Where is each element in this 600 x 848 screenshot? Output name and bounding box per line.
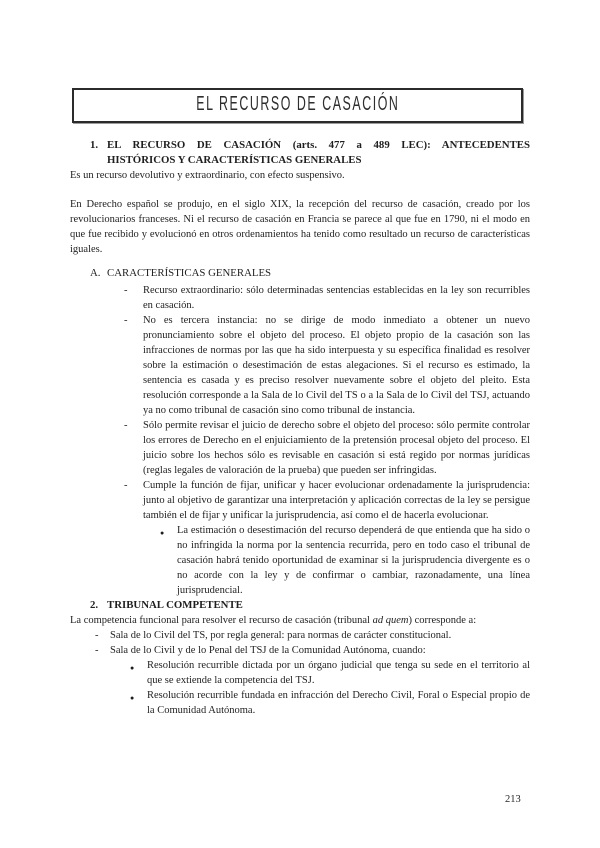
bullet-marker: ● [130, 661, 134, 676]
list-item-text: Resolución recurrible fundada en infracc… [147, 690, 530, 716]
list-item: - No es tercera instancia: no se dirige … [122, 313, 530, 418]
section-1-heading-text: EL RECURSO DE CASACIÓN (arts. 477 a 489 … [107, 138, 530, 168]
competence-text-before: La competencia funcional para resolver e… [70, 615, 373, 626]
page-number: 213 [505, 794, 521, 805]
list-item: ● Resolución recurrible fundada en infra… [130, 688, 530, 718]
list-item-text: Recurso extraordinario: sólo determinada… [143, 285, 530, 311]
bullet-marker: ● [160, 526, 164, 541]
document-title: EL RECURSO DE CASACIÓN [196, 94, 399, 115]
competence-paragraph: La competencia funcional para resolver e… [70, 613, 530, 628]
list-item: - Sala de lo Civil del TS, por regla gen… [93, 628, 530, 643]
list-item-text: Cumple la función de fijar, unificar y h… [143, 480, 530, 521]
dash-marker: - [95, 628, 99, 643]
section-a-label: A. [90, 266, 107, 281]
list-item: - Cumple la función de fijar, unificar y… [122, 478, 530, 523]
list-item-text: La estimación o desestimación del recurs… [177, 525, 530, 596]
history-paragraph: En Derecho español se produjo, en el sig… [70, 197, 530, 257]
dash-marker: - [95, 643, 99, 658]
section-1-heading-line2: HISTÓRICOS Y CARACTERÍSTICAS GENERALES [107, 153, 530, 168]
list-item-text: No es tercera instancia: no se dirige de… [143, 315, 530, 416]
section-1-heading: 1. EL RECURSO DE CASACIÓN (arts. 477 a 4… [70, 138, 530, 168]
characteristics-list: - Recurso extraordinario: sólo determina… [122, 283, 530, 523]
title-box: EL RECURSO DE CASACIÓN [72, 88, 523, 123]
intro-paragraph: Es un recurso devolutivo y extraordinari… [70, 168, 530, 183]
list-item: ● Resolución recurrible dictada por un ó… [130, 658, 530, 688]
list-item-text: Sólo permite revisar el juicio de derech… [143, 420, 530, 476]
list-item-text: Sala de lo Civil del TS, por regla gener… [110, 630, 451, 641]
dash-marker: - [124, 418, 128, 433]
list-item: - Sala de lo Civil y de lo Penal del TSJ… [93, 643, 530, 658]
document-page: EL RECURSO DE CASACIÓN 1. EL RECURSO DE … [0, 0, 600, 848]
competence-text-italic: ad quem [373, 615, 409, 626]
section-2-heading: 2. TRIBUNAL COMPETENTE [70, 598, 530, 613]
section-2-heading-text: TRIBUNAL COMPETENTE [107, 598, 243, 613]
competence-dash-list: - Sala de lo Civil del TS, por regla gen… [93, 628, 530, 658]
dash-marker: - [124, 283, 128, 298]
competence-bullet-list: ● Resolución recurrible dictada por un ó… [130, 658, 530, 718]
section-1-number: 1. [90, 138, 107, 168]
list-item: - Sólo permite revisar el juicio de dere… [122, 418, 530, 478]
bullet-marker: ● [130, 691, 134, 706]
section-a-heading: A. CARACTERÍSTICAS GENERALES [70, 266, 530, 281]
dash-marker: - [124, 313, 128, 328]
dash-marker: - [124, 478, 128, 493]
list-item: ● La estimación o desestimación del recu… [160, 523, 530, 598]
section-1-heading-line1: EL RECURSO DE CASACIÓN (arts. 477 a 489 … [107, 138, 530, 153]
competence-text-after: ) corresponde a: [408, 615, 476, 626]
list-item-text: Sala de lo Civil y de lo Penal del TSJ d… [110, 645, 426, 656]
section-a-title: CARACTERÍSTICAS GENERALES [107, 266, 271, 281]
page-content: EL RECURSO DE CASACIÓN 1. EL RECURSO DE … [70, 0, 530, 718]
list-item-text: Resolución recurrible dictada por un órg… [147, 660, 530, 686]
characteristics-sub-list: ● La estimación o desestimación del recu… [160, 523, 530, 598]
list-item: - Recurso extraordinario: sólo determina… [122, 283, 530, 313]
section-2-number: 2. [90, 598, 107, 613]
